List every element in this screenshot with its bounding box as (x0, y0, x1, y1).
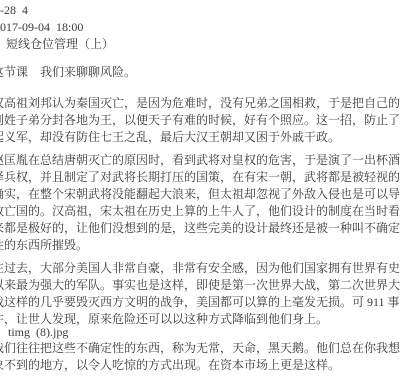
paragraph-line: 以来最为强大的军队。事实也是这样，即使是第一次世界大战，第二次世界大 (0, 277, 400, 294)
meta-date-line: 017-09-04 18:00 (0, 19, 400, 36)
article-content: -28 4 017-09-04 18:00 短线仓位管理（上） 这节课 我们来聊… (0, 2, 400, 374)
paragraph-line: 在过去，大部分美国人非常自豪，非常有安全感，因为他们国家拥有世界有史 (0, 260, 400, 277)
paragraph-line: 确实，在整个宋朝武将没能翻起大浪来，但太祖却忽视了外敌入侵也是可以导 (0, 186, 400, 203)
meta-stats-line: -28 4 (0, 2, 400, 19)
paragraph-line: 来都是极好的，让他们没想到的是，这些完美的设计最终还是被一种叫不确定 (0, 220, 400, 237)
intro-line: 这节课 我们来聊聊风险。 (0, 64, 400, 81)
paragraph-line: 起义军，却没有防住七王之乱，最后大汉王朝却又困于外戚干政。 (0, 129, 400, 146)
article-title: 短线仓位管理（上） (6, 36, 400, 53)
paragraph-line: 刘姓子弟分封各地为王，以便天子有难的时候，好有个照应。这一招，防止了 (0, 112, 400, 129)
paragraph-line: 我们往往把这些不确定性的东西，称为无常，天命，黑天鹅。他们总在你我想 (0, 340, 400, 357)
paragraph-line: 性的东西所摧毁。 (0, 237, 400, 254)
paragraph-line: 汉高祖刘邦认为秦国灭亡，是因为危难时，没有兄弟之国相救，于是把自己的 (0, 95, 400, 112)
paragraph-line: 释兵权，并且制定了对武将长期打压的国策，在有宋一朝，武将都是被轻视的。 (0, 169, 400, 186)
paragraph-line: 战这样的几乎要毁灭西方文明的战争，美国都可以算的上毫发无损。可 911 事 (0, 294, 400, 311)
paragraph-line: 赵匡胤在总结唐朝灭亡的原因时，看到武将对皇权的危害，于是演了一出杯酒 (0, 152, 400, 169)
paragraph-line: 致亡国的。汉高祖，宋太祖在历史上算的上牛人了，他们设计的制度在当时看 (0, 203, 400, 220)
paragraph-line: 象不到的地方，以令人吃惊的方式出现。在资本市场上更是这样。 (0, 357, 400, 374)
article-page: -28 4 017-09-04 18:00 短线仓位管理（上） 这节课 我们来聊… (0, 0, 400, 380)
